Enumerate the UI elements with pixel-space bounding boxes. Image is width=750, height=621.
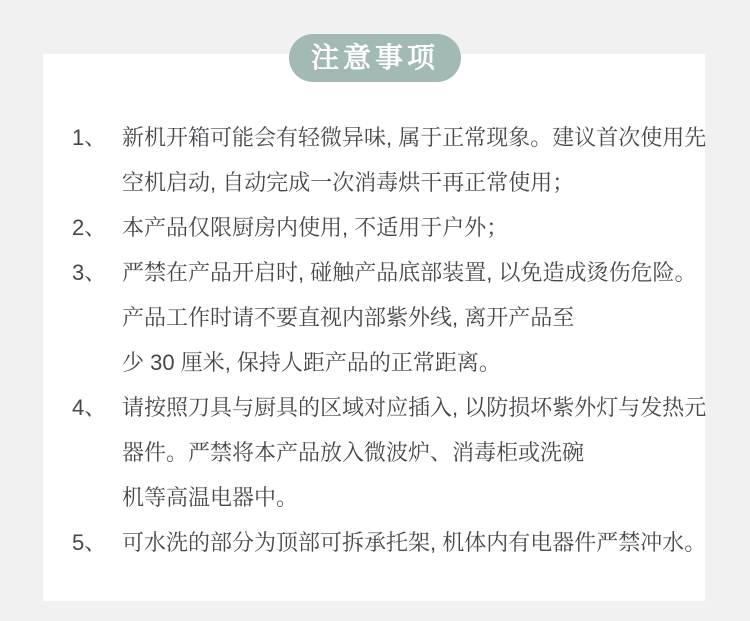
item-text-line: 请按照刀具与厨具的区域对应插入, 以防损坏紫外灯与发热元 [122, 385, 706, 430]
item-text-line: 产品工作时请不要直视内部紫外线, 离开产品至 [122, 295, 696, 340]
list-item: 5、 可水洗的部分为顶部可拆承托架, 机体内有电器件严禁冲水。 [72, 520, 687, 565]
item-number: 5、 [72, 520, 122, 565]
item-number: 1、 [72, 115, 122, 160]
precautions-badge: 注意事项 [289, 34, 461, 82]
item-number: 3、 [72, 250, 122, 295]
item-text-line: 新机开箱可能会有轻微异味, 属于正常现象。建议首次使用先 [122, 115, 706, 160]
item-number: 4、 [72, 385, 122, 430]
list-item: 3、 严禁在产品开启时, 碰触产品底部装置, 以免造成烫伤危险。 产品工作时请不… [72, 250, 687, 385]
precautions-list: 1、 新机开箱可能会有轻微异味, 属于正常现象。建议首次使用先 空机启动, 自动… [43, 54, 705, 565]
list-item: 1、 新机开箱可能会有轻微异味, 属于正常现象。建议首次使用先 空机启动, 自动… [72, 115, 687, 205]
item-text-line: 器件。严禁将本产品放入微波炉、消毒柜或洗碗 [122, 430, 706, 475]
list-item: 2、 本产品仅限厨房内使用, 不适用于户外； [72, 205, 687, 250]
item-number: 2、 [72, 205, 122, 250]
item-text-line: 空机启动, 自动完成一次消毒烘干再正常使用； [122, 160, 706, 205]
item-text-line: 严禁在产品开启时, 碰触产品底部装置, 以免造成烫伤危险。 [122, 250, 696, 295]
item-text-line: 本产品仅限厨房内使用, 不适用于户外； [122, 205, 687, 250]
list-item: 4、 请按照刀具与厨具的区域对应插入, 以防损坏紫外灯与发热元 器件。严禁将本产… [72, 385, 687, 520]
item-text-line: 可水洗的部分为顶部可拆承托架, 机体内有电器件严禁冲水。 [122, 520, 706, 565]
item-text-line: 少 30 厘米, 保持人距产品的正常距离。 [122, 340, 696, 385]
precautions-card: 1、 新机开箱可能会有轻微异味, 属于正常现象。建议首次使用先 空机启动, 自动… [43, 54, 705, 601]
item-text-line: 机等高温电器中。 [122, 475, 706, 520]
